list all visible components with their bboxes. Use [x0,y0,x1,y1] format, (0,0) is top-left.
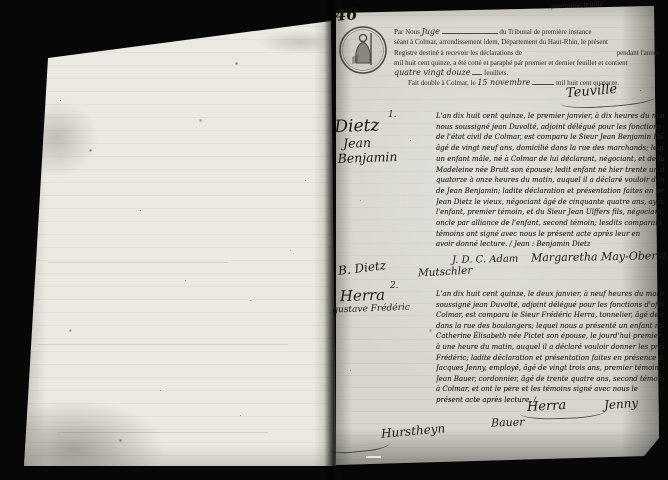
entry2-body-text: L'an dix huit cent quinze, le deux janvi… [436,289,664,407]
signature: J. D. C. Adam [452,254,519,266]
header-line3-left: Registre destiné à recevoir les déclarat… [394,48,522,58]
handwritten-line: oncle par alliance de l'enfant, second t… [436,218,657,229]
handwritten-line: L'an dix huit cent quinze, le deux janvi… [436,289,657,300]
handwritten-line: dans la rue des boulangers; lequel nous … [436,321,657,332]
handwritten-line: Frédéric; ladite déclaration et présenta… [436,353,657,364]
handwritten-line: soussigné jean Duvolté, adjoint délégué … [436,300,657,311]
header-line-6: Fait double à Colmar, le 15 novembre mil… [394,78,660,88]
handwritten-line: âgé de vingt neuf ans, domicilié dans la… [436,143,657,154]
handwritten-line: l'enfant, premier témoin, et du Sieur Je… [436,207,657,218]
handwritten-line: à une heure du matin, auquel il a déclar… [436,342,657,353]
handwritten-line: L'an dix huit cent quinze, le premier ja… [436,111,657,122]
standing-figure-seal-icon [337,23,389,77]
entry1-margin-name: Dietz Jean Benjamin [334,116,398,166]
handwritten-line: Jacques Jenny, employé, âgé de vingt tro… [436,363,657,374]
left-blank-page [18,14,336,472]
signature: Margaretha May-Oberst [531,249,667,264]
showthrough-line [38,344,288,345]
register-scan: 46 première feuille Par Nous Juge du Tri… [0,0,668,480]
handwritten-line: un enfant mâle, né à Colmar de lui décla… [436,154,657,165]
handwritten-line: Jean Bauer, cordonnier, âgé de trente qu… [436,374,657,385]
handwritten-line: à Colmar, et ont le père et les témoins … [436,384,657,395]
margin-name-line: Benjamin [335,149,397,166]
header-line6-handwritten: 15 novembre [477,78,530,87]
control-stamp [337,23,389,77]
handwritten-line: quatorze à onze heures du matin, auquel … [436,175,657,186]
handwritten-line: avoir donné lecture. / Jean : Benjamin D… [436,239,657,250]
header-line-5: quatre vingt douze feuillets. [394,68,660,78]
handwritten-line: Jean Dietz le vieux, négociant âgé de ci… [436,197,657,208]
showthrough-line [58,432,268,433]
header-line5-printed: feuillets. [484,69,508,77]
header-line-2: séant à Colmar, arrondissement idem, Dép… [394,37,660,47]
handwritten-line: de l'état civil de Colmar, est comparu l… [436,132,657,143]
handwritten-line: Madeleine née Brutt son épouse; ledit en… [436,165,657,176]
header-line5-handwritten: quatre vingt douze [394,68,471,77]
header-line-3: Registre destiné à recevoir les déclarat… [394,48,660,58]
header-line1-handwritten: Juge [422,27,440,36]
signature: Bauer [491,415,525,429]
printed-header: Par Nous Juge du Tribunal de première in… [394,27,660,89]
signature: Jenny [604,396,639,412]
blank-rule [442,28,498,34]
header-line-4: mil huit cent quinze, a été cotté et par… [394,58,660,68]
blank-rule [472,69,482,75]
header-line6-left: Fait double à Colmar, le [408,79,476,87]
header-line1-right: du Tribunal de première instance [499,28,591,36]
showthrough-line [48,262,228,263]
blank-rule [532,79,554,85]
header-line-1: Par Nous Juge du Tribunal de première in… [394,27,660,37]
margin-name-line: Dietz [334,116,396,136]
entry2-margin-name: Herra gustave Frédéric [340,285,411,316]
header-line1-left: Par Nous [394,28,420,36]
handwritten-line: Colmar, est comparu le Sieur Frédéric He… [436,310,657,321]
handwritten-line: Catherine Élisabeth née Pictet son épous… [436,331,657,342]
folio-number: 46 [334,4,358,25]
handwritten-line: de Jean Benjamin; ladite déclaration et … [436,186,657,197]
paper-specks [0,0,1,1]
entry1-body-text: L'an dix huit cent quinze, le premier ja… [436,111,664,252]
scan-scratch [366,456,381,458]
handwritten-line: nous soussigné jean Duvolté, adjoint dél… [436,122,657,133]
header-line3-right: pendant l'année [617,48,660,58]
handwritten-line: témoins ont signé avec nous le présent a… [436,229,657,240]
